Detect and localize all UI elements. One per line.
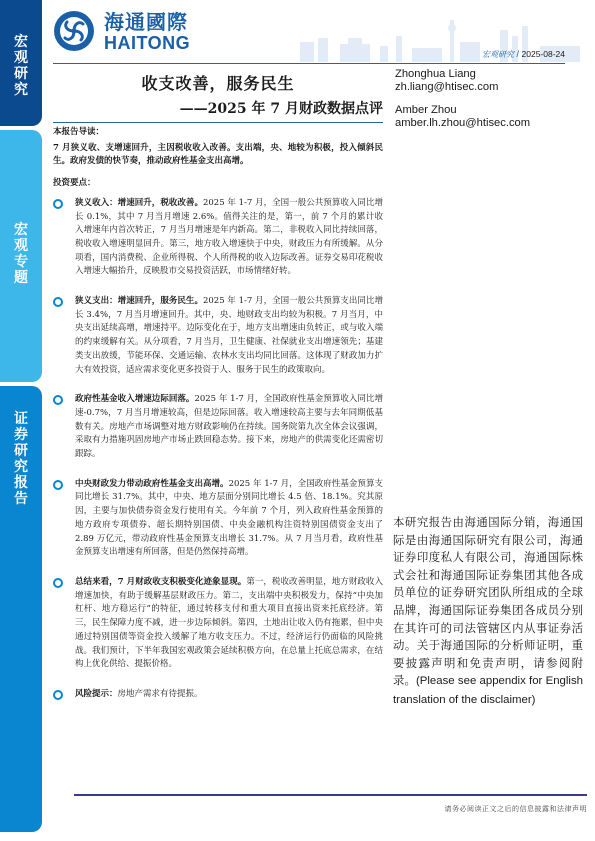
point-lead: 风险提示： xyxy=(75,689,118,699)
side-tab-securities-report: 证券研究报告 xyxy=(0,386,42,832)
disclaimer-block: 本研究报告由海通国际分销，海通国际是由海通国际研究有限公司，海通证券印度私人有限… xyxy=(393,514,583,710)
point-text: 2025 年 1-7 月，全国一般公共预算支出同比增长 3.4%，7 月当月增速… xyxy=(75,296,383,375)
point-text: 第一，税收改善明显，地方财政收入增速加快，有助于缓解基层财政压力。第二，支出端中… xyxy=(75,577,383,669)
side-tab-label: 宏观研究 xyxy=(14,34,28,98)
point-lead: 狭义收入：增速回升，税收改善。 xyxy=(75,198,203,208)
author-name: Amber Zhou xyxy=(395,104,530,117)
bullet-ring-icon xyxy=(53,395,63,405)
key-point: 狭义支出：增速回升，服务民生。2025 年 1-7 月，全国一般公共预算支出同比… xyxy=(53,295,383,377)
author: Amber Zhou amber.lh.zhou@htisec.com xyxy=(395,104,530,130)
key-point: 总结来看，7 月财政收支积极变化迹象显现。第一，税收改善明显，地方财政收入增速加… xyxy=(53,576,383,672)
point-text: 2025 年 1-7 月，全国一般公共预算收入同比增长 0.1%，其中 7 月当… xyxy=(75,198,383,277)
author-email[interactable]: zh.liang@htisec.com xyxy=(395,81,530,94)
point-lead: 狭义支出：增速回升，服务民生。 xyxy=(75,296,203,306)
side-tab-macro-research: 宏观研究 xyxy=(0,0,42,126)
key-point: 狭义收入：增速回升，税收改善。2025 年 1-7 月，全国一般公共预算收入同比… xyxy=(53,197,383,279)
side-tab-macro-topic: 宏观专题 xyxy=(0,130,42,382)
author: Zhonghua Liang zh.liang@htisec.com xyxy=(395,68,530,94)
bullet-ring-icon xyxy=(53,578,63,588)
title-divider xyxy=(53,122,383,123)
meta-separator: / xyxy=(516,49,519,59)
bullet-ring-icon xyxy=(53,480,63,490)
key-point: 政府性基金收入增速边际回落。2025 年 1-7 月，全国政府性基金预算收入同比… xyxy=(53,393,383,462)
report-body: 本报告导读： 7 月狭义收、支增速回升，主因税收收入改善。支出端，央、地较为积极… xyxy=(53,126,383,718)
bullet-ring-icon xyxy=(53,690,63,700)
logo-english-text: HAITONG xyxy=(104,34,190,52)
disclaimer-english: (Please see appendix for English transla… xyxy=(393,675,583,706)
side-tab-label: 证券研究报告 xyxy=(14,411,28,507)
point-lead: 政府性基金收入增速边际回落。 xyxy=(75,394,194,404)
key-point: 中央财政发力带动政府性基金支出高增。2025 年 1-7 月，全国政府性基金预算… xyxy=(53,478,383,560)
report-date: 2025-08-24 xyxy=(522,49,565,59)
point-text: 2025 年 1-7 月，全国政府性基金预算支同比增长 31.7%。其中，中央、… xyxy=(75,479,383,558)
report-meta: 宏观研究 / 2025-08-24 xyxy=(482,49,565,60)
report-title: 收支改善，服务民生 xyxy=(53,71,383,94)
author-name: Zhonghua Liang xyxy=(395,68,530,81)
point-lead: 总结来看，7 月财政收支积极变化迹象显现。 xyxy=(75,577,246,587)
side-tab-label: 宏观专题 xyxy=(14,222,28,286)
report-category: 宏观研究 xyxy=(482,50,514,59)
bullet-ring-icon xyxy=(53,297,63,307)
guide-text: 7 月狭义收、支增速回升，主因税收收入改善。支出端，央、地较为积极，投入倾斜民生… xyxy=(53,142,383,169)
logo-chinese-text: 海通國際 xyxy=(104,10,190,34)
header-divider xyxy=(53,63,565,64)
point-lead: 中央财政发力带动政府性基金支出高增。 xyxy=(75,479,229,489)
point-text: 房地产需求有待提振。 xyxy=(118,689,203,699)
haitong-emblem-icon xyxy=(52,9,96,53)
report-subtitle: ——2025 年 7 月财政数据点评 xyxy=(53,98,383,118)
key-points-heading: 投资要点： xyxy=(53,177,383,191)
disclaimer-chinese: 本研究报告由海通国际分销，海通国际是由海通国际研究有限公司，海通证券印度私人有限… xyxy=(393,515,583,687)
footer-legal-note: 请务必阅读正文之后的信息披露和法律声明 xyxy=(445,804,588,814)
authors-block: Zhonghua Liang zh.liang@htisec.com Amber… xyxy=(395,68,530,140)
guide-heading: 本报告导读： xyxy=(53,126,383,140)
footer-divider xyxy=(74,794,587,796)
bullet-ring-icon xyxy=(53,199,63,209)
author-email[interactable]: amber.lh.zhou@htisec.com xyxy=(395,117,530,130)
risk-warning: 风险提示：房地产需求有待提振。 xyxy=(53,688,383,702)
haitong-logo: 海通國際 HAITONG xyxy=(52,9,190,53)
